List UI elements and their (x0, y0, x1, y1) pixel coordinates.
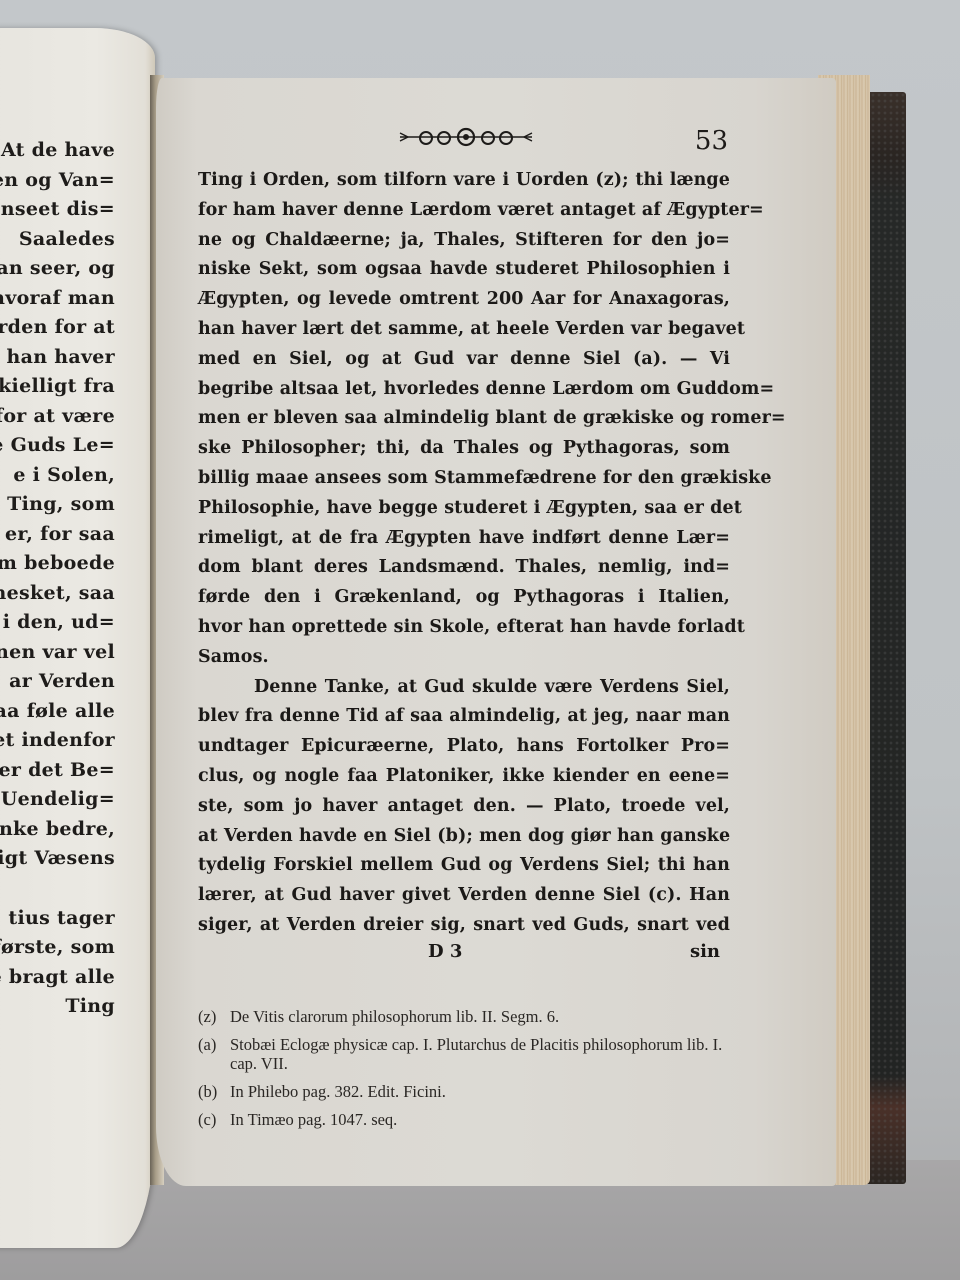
right-page-content: 53 Ting i Orden, som tilforn vare i Uord… (198, 120, 730, 1138)
text-line: siger, at Verden dreier sig, snart ved G… (198, 911, 730, 941)
footnote-mark: (z) (198, 1007, 230, 1026)
text-line: undtager Epicuræerne, Plato, hans Fortol… (198, 732, 730, 762)
signature-mark: D 3 (428, 941, 462, 962)
text-line: førde den i Grækenland, og Pythagoras i … (198, 583, 730, 613)
page-header: 53 (198, 120, 730, 166)
footnote: (a) Stobæi Eclogæ physicæ cap. I. Plutar… (198, 1035, 730, 1073)
paragraph-gap (0, 874, 115, 904)
left-line: saa føle alle (0, 697, 115, 727)
left-line: ter det Be= (0, 756, 115, 786)
page-number: 53 (695, 126, 728, 156)
left-line: for at være (0, 402, 115, 432)
text-line: dom blant deres Landsmænd. Thales, nemli… (198, 553, 730, 583)
text-line: ske Philosopher; thi, da Thales og Pytha… (198, 434, 730, 464)
text-line: Philosophie, have begge studeret i Ægypt… (198, 494, 730, 524)
left-line: en og Van= (0, 166, 115, 196)
left-line: s Uendelig= (0, 785, 115, 815)
body-text: Ting i Orden, som tilforn vare i Uorden … (198, 166, 730, 941)
signature-row: D 3 sin (198, 941, 730, 971)
footnote-text: In Philebo pag. 382. Edit. Ficini. (230, 1082, 730, 1101)
left-line: tius tager (0, 904, 115, 934)
left-line: Ting, som (0, 490, 115, 520)
text-line: Samos. (198, 643, 730, 673)
footnote: (c) In Timæo pag. 1047. seq. (198, 1110, 730, 1129)
left-line: anke bedre, (0, 815, 115, 845)
decorative-vine-ornament-icon (396, 126, 536, 148)
left-line: igt Væsens (0, 844, 115, 874)
footnotes: (z) De Vitis clarorum philosophorum lib.… (198, 1007, 730, 1129)
text-line: clus, og nogle faa Platoniker, ikke kien… (198, 762, 730, 792)
left-line: første, som (0, 933, 115, 963)
text-line: billig maae ansees som Stammefædrene for… (198, 464, 730, 494)
left-line: t han haver (0, 343, 115, 373)
left-line: Ting (0, 992, 115, 1022)
left-line: ket indenfor (0, 726, 115, 756)
left-line: nen var vel (0, 638, 115, 668)
text-line: tydelig Forskiel mellem Gud og Verdens S… (198, 851, 730, 881)
text-line: han haver lært det samme, at heele Verde… (198, 315, 730, 345)
text-line: rimeligt, at de fra Ægypten have indført… (198, 524, 730, 554)
text-line: blev fra denne Tid af saa almindelig, at… (198, 702, 730, 732)
left-line: At de have (0, 136, 115, 166)
left-line: e bragt alle (0, 963, 115, 993)
left-line: erden for at (0, 313, 115, 343)
footnote-text: Stobæi Eclogæ physicæ cap. I. Plutarchus… (230, 1035, 730, 1073)
text-line: Denne Tanke, at Gud skulde være Verdens … (198, 673, 730, 703)
left-line: e i Solen, (0, 461, 115, 491)
left-line: ar Verden (0, 667, 115, 697)
footnote: (b) In Philebo pag. 382. Edit. Ficini. (198, 1082, 730, 1101)
text-line: ste, som jo haver antaget den. — Plato, … (198, 792, 730, 822)
left-line: skielligt fra (0, 372, 115, 402)
left-line: hvoraf man (0, 284, 115, 314)
text-line: men er bleven saa almindelig blant de gr… (198, 404, 730, 434)
footnote-mark: (b) (198, 1082, 230, 1101)
left-line: an seer, og (0, 254, 115, 284)
text-line: med en Siel, og at Gud var denne Siel (a… (198, 345, 730, 375)
text-line: Ting i Orden, som tilforn vare i Uorden … (198, 166, 730, 196)
footnote-mark: (c) (198, 1110, 230, 1129)
footnote-mark: (a) (198, 1035, 230, 1073)
left-line: e anseet dis= (0, 195, 115, 225)
text-line: hvor han oprettede sin Skole, efterat ha… (198, 613, 730, 643)
text-line: begribe altsaa let, hvorledes denne Lærd… (198, 375, 730, 405)
text-line: at Verden havde en Siel (b); men dog giø… (198, 822, 730, 852)
catchword: sin (690, 941, 720, 962)
left-line: Saaledes (0, 225, 115, 255)
text-line: for ham haver denne Lærdom været antaget… (198, 196, 730, 226)
left-line: i den, ud= (0, 608, 115, 638)
footnote-text: In Timæo pag. 1047. seq. (230, 1110, 730, 1129)
left-line: som beboede (0, 549, 115, 579)
text-line: lærer, at Gud haver givet Verden denne S… (198, 881, 730, 911)
text-line: niske Sekt, som ogsaa havde studeret Phi… (198, 255, 730, 285)
left-line: e Guds Le= (0, 431, 115, 461)
footnote-text: De Vitis clarorum philosophorum lib. II.… (230, 1007, 730, 1026)
left-line: nesket, saa (0, 579, 115, 609)
text-line: Ægypten, og levede omtrent 200 Aar for A… (198, 285, 730, 315)
left-page-text: At de have en og Van= e anseet dis= Saal… (0, 136, 115, 1022)
text-line: ne og Chaldæerne; ja, Thales, Stifteren … (198, 226, 730, 256)
footnote: (z) De Vitis clarorum philosophorum lib.… (198, 1007, 730, 1026)
left-line: er, for saa (0, 520, 115, 550)
left-page: At de have en og Van= e anseet dis= Saal… (0, 28, 155, 1248)
